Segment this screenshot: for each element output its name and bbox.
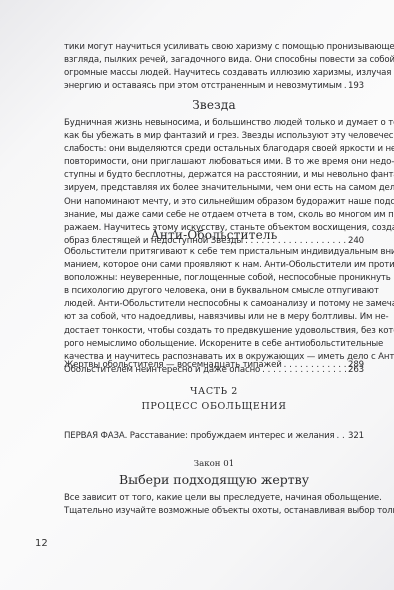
page-ref: 289: [347, 359, 364, 372]
entry-line: Тщательно изучайте возможные объекты охо…: [64, 505, 364, 518]
toc-leader-line: энергию и оставаясь при этом отстраненны…: [64, 80, 364, 93]
entry-title: ПЕРВАЯ ФАЗА. Расставание: пробуждаем инт…: [64, 430, 335, 443]
entry-title: Жертвы обольстителя — восемнадцать типаж…: [64, 359, 282, 372]
entry-line: Будничная жизнь невыносима, и большинств…: [64, 117, 364, 130]
page-ref: 193: [347, 80, 364, 93]
entry-line: знание, мы даже сами себе не отдаем отче…: [64, 209, 364, 222]
entry-line: рого немыслимо обольщение. Искорените в …: [64, 338, 364, 351]
entry-line: огромные массы людей. Научитесь создават…: [64, 67, 364, 80]
law-label: Закон 01: [64, 459, 364, 469]
entry-line: Обольстители притягивают к себе тем прис…: [64, 246, 364, 259]
entry-line: в психологию другого человека, они в бук…: [64, 285, 364, 298]
entry-line: повторимости, они приглашают любоваться …: [64, 156, 364, 169]
entry-line: ступны и будто бесплотны, держатся на ра…: [64, 169, 364, 182]
entry-line: зируем, представляя их более значительны…: [64, 182, 364, 195]
toc-entry-victims: Жертвы обольстителя — восемнадцать типаж…: [64, 359, 364, 372]
entry-line: Они напоминают мечту, и это сильнейшим о…: [64, 196, 364, 209]
entry-line: взгляда, пылких речей, загадочного вида.…: [64, 54, 364, 67]
entry-line: энергию и оставаясь при этом отстраненны…: [64, 80, 342, 93]
entry-line: воположны: неуверенные, поглощенные собо…: [64, 272, 364, 285]
book-page: тики могут научиться усиливать свою хари…: [0, 0, 394, 590]
section-heading-anti-seducer: Анти-Обольститель: [64, 228, 364, 242]
law-title: Выбери подходящую жертву: [64, 472, 364, 487]
entry-line: Все зависит от того, какие цели вы пресл…: [64, 492, 364, 505]
part-label: ЧАСТЬ 2: [64, 386, 364, 397]
entry-line: слабость: они выделяются среди остальных…: [64, 143, 364, 156]
toc-entry-first-phase: ПЕРВАЯ ФАЗА. Расставание: пробуждаем инт…: [64, 430, 364, 443]
toc-leader-line: Жертвы обольстителя — восемнадцать типаж…: [64, 359, 364, 372]
toc-entry-law-01: Все зависит от того, какие цели вы пресл…: [64, 492, 364, 518]
part-title: ПРОЦЕСС ОБОЛЬЩЕНИЯ: [64, 401, 364, 412]
page-ref: 321: [347, 430, 364, 443]
entry-line: ют за собой, что надоедливы, навязчивы и…: [64, 311, 364, 324]
entry-line: тики могут научиться усиливать свою хари…: [64, 41, 364, 54]
toc-leader-line: ПЕРВАЯ ФАЗА. Расставание: пробуждаем инт…: [64, 430, 364, 443]
page-number: 12: [35, 538, 48, 549]
leader-dots: [282, 359, 347, 372]
entry-line: достает тонкости, чтобы создать то предв…: [64, 325, 364, 338]
entry-line: как бы убежать в мир фантазий и грез. Зв…: [64, 130, 364, 143]
entry-line: людей. Анти-Обольстители неспособны к са…: [64, 298, 364, 311]
leader-dots: [335, 430, 348, 443]
entry-line: манием, которое они сами проявляют к нам…: [64, 259, 364, 272]
section-heading-star: Звезда: [64, 98, 364, 112]
toc-entry-charismatic: тики могут научиться усиливать свою хари…: [64, 41, 364, 93]
toc-entry-anti-seducer: Обольстители притягивают к себе тем прис…: [64, 246, 364, 377]
